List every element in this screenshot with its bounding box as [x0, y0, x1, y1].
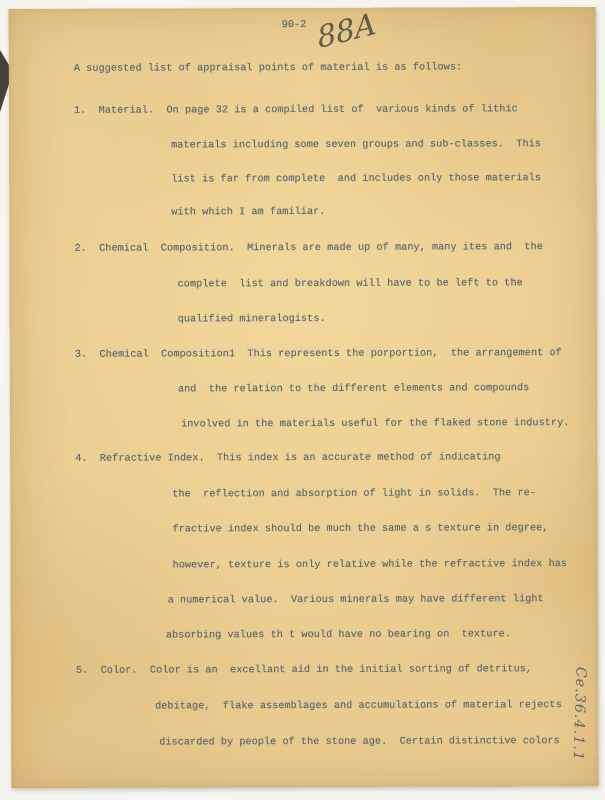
item-1-line-1: 1. Material. On page 32 is a compiled li… [74, 104, 518, 118]
item-4-line-5: a numerical value. Various minerals may … [168, 594, 544, 607]
intro-line: A suggested list of appraisal points of … [74, 62, 462, 75]
item-3-line-1: 3. Chemical Composition1 This represents… [75, 348, 562, 362]
document-page: 90-2 88A A suggested list of appraisal p… [9, 7, 599, 788]
item-1-line-4: with which I am familiar. [171, 207, 325, 220]
handwritten-catalog-number: Ce.36.4.1.1 [567, 652, 589, 777]
item-4-line-3: fractive index should be much the same a… [172, 523, 548, 536]
item-2-line-3: qualified mineralogists. [178, 314, 326, 327]
scanned-document: 90-2 88A A suggested list of appraisal p… [0, 0, 605, 800]
item-5-line-2: debitage, flake assemblages and accumula… [155, 700, 562, 713]
item-5-line-1: 5. Color. Color is an excellant aid in t… [76, 664, 532, 678]
item-4-line-6: absorbing values th t would have no bear… [166, 629, 511, 642]
item-2-line-2: complete list and breakdown will have to… [178, 278, 523, 291]
item-2-line-1: 2. Chemical Composition. Minerals are ma… [74, 242, 542, 256]
item-4-line-4: however, texture is only relative while … [173, 559, 568, 572]
item-1-line-3: list is far from complete and includes o… [171, 173, 541, 186]
item-4-line-2: the reflection and absorption of light i… [172, 488, 536, 501]
item-4-line-1: 4. Refractive Index. This index is an ac… [75, 452, 500, 465]
handwritten-number: 88A [315, 7, 378, 57]
item-3-line-2: and the relation to the different elemen… [178, 383, 529, 396]
item-3-line-3: involved in the materials useful for the… [181, 418, 569, 431]
item-5-line-3: discarded by people of the stone age. Ce… [159, 736, 560, 749]
page-number: 90-2 [282, 20, 307, 32]
item-1-line-2: materials including some seven groups an… [171, 139, 541, 152]
